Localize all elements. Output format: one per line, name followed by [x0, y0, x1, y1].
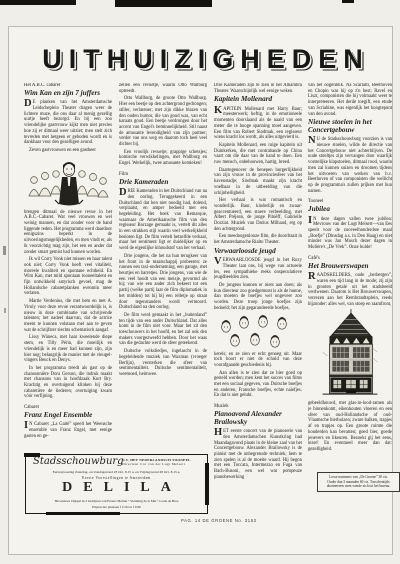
article-heading-brouwerswapen: Het Brouwerswapen [308, 263, 392, 271]
page-title: UITHUIZIGHEDEN [28, 44, 384, 75]
paragraph: van het oogenblik. Na Scarlatti, Beethov… [308, 83, 392, 117]
paragraph: Een meedoogenlooze film, die doordraait … [214, 234, 302, 245]
paragraph: VERWAARLOOSDE jeugd in het Roxy Theater … [214, 258, 302, 281]
ad-play-title: DELILA [26, 480, 207, 496]
article-heading-wim-kan: Wim Kan en zijn 7 juffers [24, 90, 112, 98]
wim-kan-cartoon-illustration: Karikatuur: Wim Kan als gastheer met zev… [25, 156, 111, 208]
scan-artifact [342, 0, 354, 3]
drop-cap: R [308, 273, 317, 282]
drop-cap: K [214, 107, 223, 116]
ad-schedule: Eerstopvoering Zaterdag- en Zondagavond … [30, 470, 203, 474]
paragraph: In het programma treedt als gast op de c… [24, 366, 112, 400]
paragraph: RAADSKELDERS, oude „herbergen”, waren ee… [308, 273, 392, 307]
paragraph: Daartegenover de benepen burgerlijkheid … [214, 168, 302, 197]
paragraph: Een vroolijk revuetje; grappige schetsje… [119, 150, 207, 167]
theatre-ad-delila: Stadsschouwburg N.V. HET NEDERLANDSCH TO… [25, 454, 208, 514]
paragraph: brengen ditmaal de nieuwe revue in het A… [24, 210, 112, 256]
article-heading-nieuwe-stoelen: Nieuwe stoelen in het Concertgebouw [308, 119, 392, 135]
paragraph: Kapitein Mollenard, een ruige kapitein u… [214, 143, 302, 166]
paragraph: IN Cabaret „La Gaité” speelt het Weensch… [24, 422, 112, 439]
cafe-building-illustration: Houtsnede: gevel van Het Brouwerswapen [310, 309, 390, 399]
scan-artifact [0, 0, 76, 5]
paragraph: Ik wil Corry Vonk niet missen en haar ta… [24, 257, 112, 297]
ad-company-lines: N.V. HET NEDERLANDSCH TOONEEL Directeur … [122, 458, 204, 467]
column-2: zellen een revuetje, waarin Otto Wallbur… [119, 83, 207, 449]
scan-artifact [4, 308, 6, 313]
article-heading-verwaarloosde-jeugd: Verwaarloosde jeugd [214, 248, 302, 256]
notice-line: abonneeren: men wende zich tot het burea… [320, 484, 397, 489]
page-footer: PAG. 14 DE GROENE No. 3153 [181, 518, 257, 523]
paragraph: gebeeldhouwd, met glas-in-lood-ramen als… [308, 401, 392, 452]
subscription-notice-box: Losse nummers van „De Groene” 30 cts. Ou… [317, 472, 400, 492]
newspaper-page: UITHUIZIGHEDEN Het A.B.C. cabaret Wim Ka… [0, 0, 400, 564]
drop-cap: H [214, 429, 223, 438]
article-heading-franz-engel: Franz Engel Ensemble [24, 412, 112, 420]
paragraph: Aan allen is te zien dat ze hier goed op… [214, 371, 302, 400]
boys-faces-illustration: Schets: koppen van straatjongens [215, 314, 301, 350]
paragraph: De film werd gemaakt in het „buitenland”… [119, 313, 207, 347]
ad-prices: Prijzen der plaatsen f 2.50 tot f 0.60 [29, 505, 204, 509]
paragraph: Duitsche volksliedjes, ingelascht in de … [119, 349, 207, 378]
article-heading-drie-kameraden: Drie Kameraden [119, 179, 207, 187]
paragraph: Drie jongens, die het na hun terugkeer v… [119, 254, 207, 311]
paragraph: NU de Stadsschouwburg voorzien is van ni… [308, 137, 392, 194]
column-1: Het A.B.C. cabaret Wim Kan en zijn 7 juf… [24, 83, 112, 449]
ad-play-credits: Het nieuwe blijspel in 3 bedrijven van F… [29, 499, 204, 503]
article-heading-brailowsky: Pianoavond Alexander Brailowsky [214, 411, 302, 427]
ad-border-accent [46, 512, 120, 515]
paragraph: De jongens kunnen er niets aan doen; als… [214, 283, 302, 312]
article-heading-kapitein-mollenard: Kapitein Mollenard [214, 96, 302, 104]
paragraph: DE planken van het Amsterdamsche Leidsch… [24, 100, 112, 146]
paragraph: KAPITEIN Mollenard met Harry Baur; meest… [214, 107, 302, 141]
paragraph: DRIE Kameraden in het Duitschland van na… [119, 189, 207, 252]
paragraph: IN deze dagen vallen twee jubilea: Mevro… [308, 217, 392, 251]
paragraph: kerels; en ze zien er echt genoeg uit. M… [214, 352, 302, 369]
drop-cap: D [24, 100, 33, 109]
notice-line: Losse nummers van „De Groene” 30 cts. [320, 475, 397, 480]
column-3: Drie Kameraden zijn te zien in het Alham… [214, 83, 302, 507]
paragraph: zellen een revuetje, waarin Otto Wallbur… [119, 83, 207, 94]
paragraph: Het verhaal is wat romantisch en wonderl… [214, 198, 302, 232]
column-4: van het oogenblik. Na Scarlatti, Beethov… [308, 83, 392, 507]
paragraph: Zeven gastvrouwen en een gastheer [24, 148, 112, 154]
drop-cap: D [119, 189, 128, 198]
scan-artifact [115, 0, 212, 7]
paragraph: Lissy Wáneca, met haar kweelende diepe s… [24, 335, 112, 364]
drop-cap: V [214, 258, 223, 267]
ad-company-director: Directeur Cor van der Lugt Melsert [122, 462, 204, 466]
ad-venue-name: Stadsschouwburg [33, 456, 124, 467]
article-kicker-cafes: Café's [308, 256, 392, 262]
article-kicker-film: Film [119, 172, 207, 178]
paragraph: Martie Verdenius, die met hem en met A. … [24, 299, 112, 333]
paragraph: HET eerste concert van de pianoserie van… [214, 429, 302, 480]
paragraph: Drie Kameraden zijn te zien in het Alham… [214, 83, 302, 94]
paragraph: Otto Wallburg, de groote Otto Wallburg. … [119, 96, 207, 147]
article-heading-jubilea: Jubilea [308, 206, 392, 214]
drop-cap: N [308, 137, 317, 146]
scan-artifact [3, 246, 6, 255]
